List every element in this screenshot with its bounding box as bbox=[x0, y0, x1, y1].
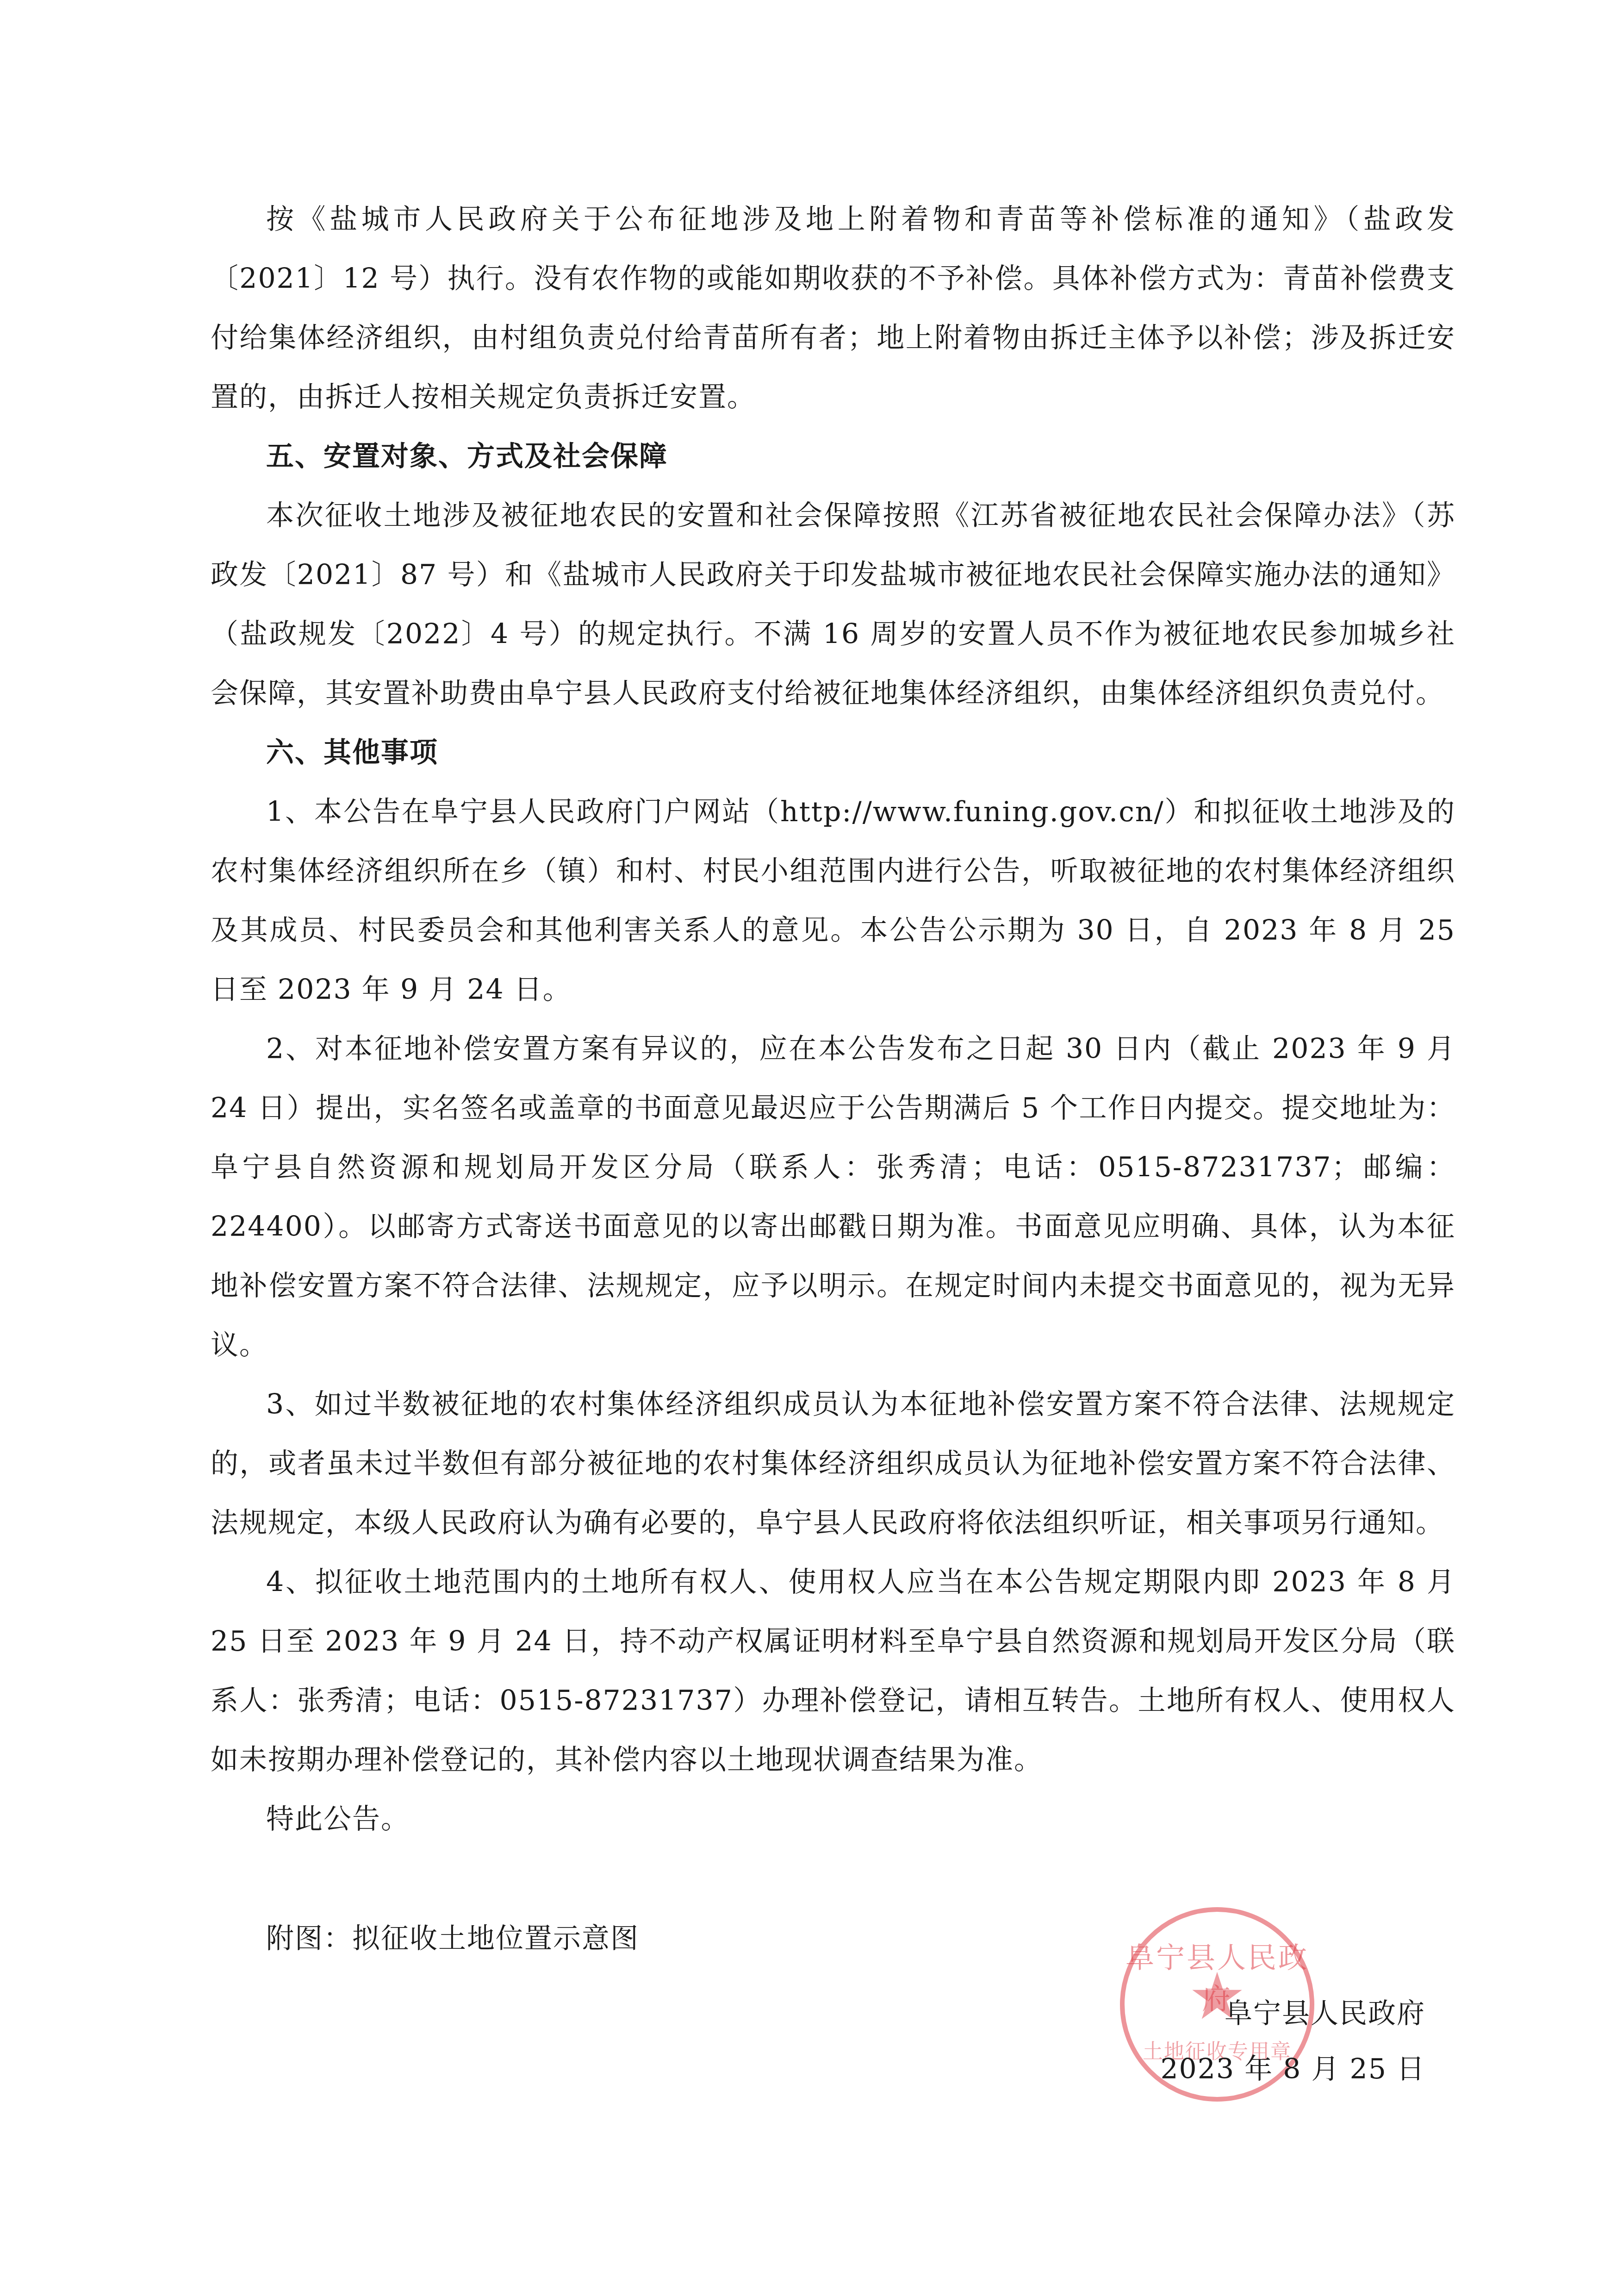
item-2-paragraph: 2、对本征地补偿安置方案有异议的，应在本公告发布之日起 30 日内（截止 202… bbox=[211, 1019, 1455, 1375]
signature-block: 阜宁县人民政府 2023 年 8 月 25 日 bbox=[1101, 1986, 1425, 2097]
item-4-paragraph: 4、拟征收土地范围内的土地所有权人、使用权人应当在本公告规定期限内即 2023 … bbox=[211, 1553, 1455, 1790]
spacer bbox=[211, 1849, 1455, 1909]
resettlement-paragraph: 本次征收土地涉及被征地农民的安置和社会保障按照《江苏省被征地农民社会保障办法》（… bbox=[211, 486, 1455, 723]
document-body: 按《盐城市人民政府关于公布征地涉及地上附着物和青苗等补偿标准的通知》（盐政发〔2… bbox=[211, 190, 1455, 1968]
section-heading-other-matters: 六、其他事项 bbox=[211, 723, 1455, 782]
compensation-paragraph: 按《盐城市人民政府关于公布征地涉及地上附着物和青苗等补偿标准的通知》（盐政发〔2… bbox=[211, 190, 1455, 427]
closing-paragraph: 特此公告。 bbox=[211, 1790, 1455, 1849]
item-3-paragraph: 3、如过半数被征地的农村集体经济组织成员认为本征地补偿安置方案不符合法律、法规规… bbox=[211, 1375, 1455, 1553]
document-page: 按《盐城市人民政府关于公布征地涉及地上附着物和青苗等补偿标准的通知》（盐政发〔2… bbox=[0, 0, 1623, 2296]
issue-date: 2023 年 8 月 25 日 bbox=[1101, 2041, 1425, 2097]
item-1-paragraph: 1、本公告在阜宁县人民政府门户网站（http://www.funing.gov.… bbox=[211, 782, 1455, 1019]
issuer-name: 阜宁县人民政府 bbox=[1101, 1986, 1425, 2041]
section-heading-resettlement: 五、安置对象、方式及社会保障 bbox=[211, 427, 1455, 486]
